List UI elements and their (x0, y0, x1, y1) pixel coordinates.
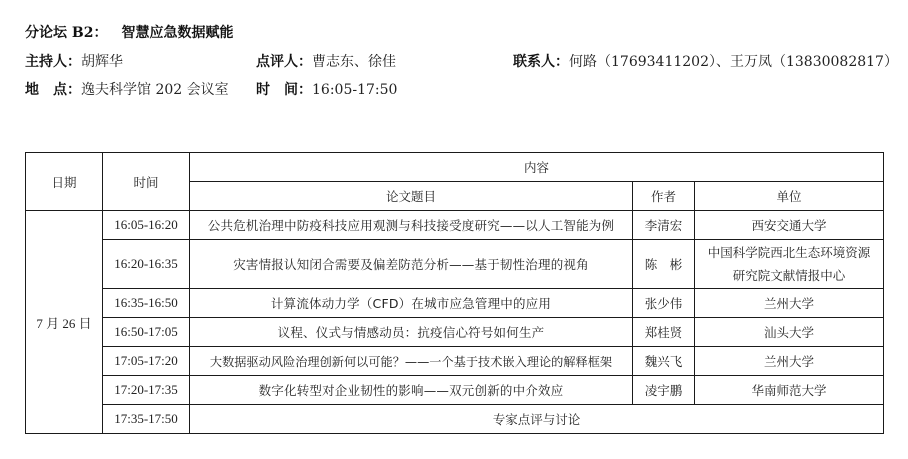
contact-label: 联系人： (513, 54, 569, 70)
discussion-cell: 专家点评与讨论 (190, 405, 884, 434)
header-time: 时间 (103, 153, 190, 211)
contact-value: 何路（17693411202）、王万凤（13830082817） (569, 54, 898, 70)
unit-cell: 中国科学院西北生态环境资源 研究院文献情报中心 (695, 240, 884, 289)
unit-cell: 兰州大学 (695, 347, 884, 376)
location-value: 逸夫科学馆 202 会议室 (81, 82, 229, 98)
title-cell: 公共危机治理中防疫科技应用观测与科技接受度研究——以人工智能为例 (190, 211, 633, 240)
author-cell: 凌宇鹏 (633, 376, 695, 405)
header-content: 内容 (190, 153, 884, 182)
title-cell: 计算流体动力学（CFD）在城市应急管理中的应用 (190, 289, 633, 318)
title-cell: 灾害情报认知闭合需要及偏差防范分析——基于韧性治理的视角 (190, 240, 633, 289)
title-cell: 数字化转型对企业韧性的影响——双元创新的中介效应 (190, 376, 633, 405)
reviewers-label: 点评人： (256, 54, 312, 70)
forum-label: 分论坛 B2： (25, 24, 107, 42)
date-cell: 7 月 26 日 (26, 211, 103, 434)
time-cell: 16:50-17:05 (103, 318, 190, 347)
table-row: 17:20-17:35 数字化转型对企业韧性的影响——双元创新的中介效应 凌宇鹏… (26, 376, 884, 405)
author-cell: 张少伟 (633, 289, 695, 318)
forum-title: 智慧应急数据赋能 (121, 24, 233, 42)
time-cell: 16:20-16:35 (103, 240, 190, 289)
location-info: 地 点：逸夫科学馆 202 会议室 (25, 81, 229, 99)
location-label: 地 点： (25, 82, 81, 98)
header-author: 作者 (633, 182, 695, 211)
host-value: 胡辉华 (81, 54, 123, 70)
time-cell: 16:35-16:50 (103, 289, 190, 318)
table-row: 16:35-16:50 计算流体动力学（CFD）在城市应急管理中的应用 张少伟 … (26, 289, 884, 318)
table-row: 7 月 26 日 16:05-16:20 公共危机治理中防疫科技应用观测与科技接… (26, 211, 884, 240)
unit-cell: 西安交通大学 (695, 211, 884, 240)
time-label: 时 间： (256, 82, 312, 98)
author-cell: 魏兴飞 (633, 347, 695, 376)
header-date: 日期 (26, 153, 103, 211)
time-cell: 17:35-17:50 (103, 405, 190, 434)
table-row: 16:50-17:05 议程、仪式与情感动员：抗疫信心符号如何生产 郑桂贤 汕头… (26, 318, 884, 347)
time-cell: 17:05-17:20 (103, 347, 190, 376)
reviewers-value: 曹志东、徐佳 (312, 54, 396, 70)
author-cell: 郑桂贤 (633, 318, 695, 347)
header-row-1: 日期 时间 内容 (26, 153, 884, 182)
author-cell: 陈 彬 (633, 240, 695, 289)
time-value: 16:05-17:50 (312, 82, 397, 98)
time-info: 时 间：16:05-17:50 (256, 81, 397, 99)
unit-cell: 汕头大学 (695, 318, 884, 347)
header-unit: 单位 (695, 182, 884, 211)
title-cell: 议程、仪式与情感动员：抗疫信心符号如何生产 (190, 318, 633, 347)
unit-line-2: 研究院文献情报中心 (695, 264, 883, 287)
host-info: 主持人：胡辉华 (25, 53, 123, 71)
unit-cell: 兰州大学 (695, 289, 884, 318)
unit-cell: 华南师范大学 (695, 376, 884, 405)
schedule-table: 日期 时间 内容 论文题目 作者 单位 7 月 26 日 16:05-16:20… (25, 152, 884, 434)
author-cell: 李清宏 (633, 211, 695, 240)
header-title: 论文题目 (190, 182, 633, 211)
reviewers-info: 点评人：曹志东、徐佳 (256, 53, 396, 71)
time-cell: 17:20-17:35 (103, 376, 190, 405)
title-cell: 大数据驱动风险治理创新何以可能？——一个基于技术嵌入理论的解释框架 (190, 347, 633, 376)
table-row: 16:20-16:35 灾害情报认知闭合需要及偏差防范分析——基于韧性治理的视角… (26, 240, 884, 289)
forum-heading: 分论坛 B2： 智慧应急数据赋能 (25, 24, 233, 42)
table-row: 17:05-17:20 大数据驱动风险治理创新何以可能？——一个基于技术嵌入理论… (26, 347, 884, 376)
host-label: 主持人： (25, 54, 81, 70)
contact-info: 联系人：何路（17693411202）、王万凤（13830082817） (513, 53, 898, 71)
table-row-final: 17:35-17:50 专家点评与讨论 (26, 405, 884, 434)
time-cell: 16:05-16:20 (103, 211, 190, 240)
unit-line-1: 中国科学院西北生态环境资源 (695, 241, 883, 264)
